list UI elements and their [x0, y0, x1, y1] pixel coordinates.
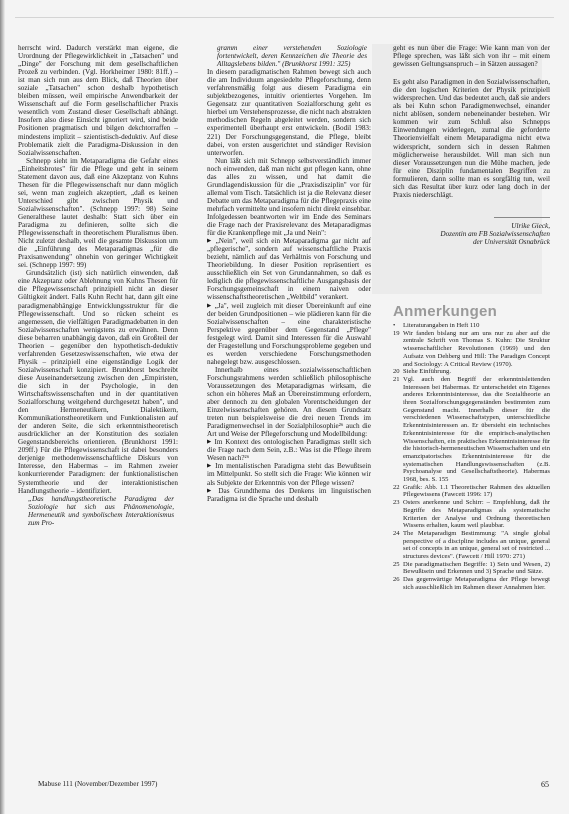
note-item: 26Das gegenwärtige Metaparadigma der Pfl… — [393, 576, 550, 591]
paragraph: Innerhalb eines sozialwissenschaftlichen… — [207, 366, 371, 438]
block-quote: gramm einer verstehenden Soziologie fort… — [207, 44, 371, 68]
author-name: Ulrike Gieck, — [393, 222, 550, 230]
column-3: geht es nun über die Frage: Wie kann man… — [393, 44, 550, 592]
bullet-paragraph: „Ja", weil zugleich mit dieser Übereinku… — [207, 302, 371, 366]
author-affiliation: Dozentin am FB Sozialwissenschaften — [393, 230, 550, 238]
author-signature: Ulrike Gieck, Dozentin am FB Sozialwisse… — [393, 217, 550, 246]
bullet-text: Im mentalistischen Paradigma steht das B… — [207, 462, 371, 486]
paragraph: Grundsätzlich (ist) sich natürlich einwe… — [18, 269, 178, 494]
paragraph: herrscht wird. Dadurch verstärkt man eig… — [18, 44, 178, 157]
bullet-paragraph: Das Grundthema des Denkens im linguistis… — [207, 487, 371, 503]
bullet-text: Das Grundthema des Denkens im linguistis… — [207, 487, 371, 503]
note-item: 20Siehe Einführung. — [393, 368, 550, 376]
bullet-text: Im Kontext des ontologischen Paradigmas … — [207, 438, 371, 462]
arrow-bullet-icon — [207, 237, 216, 245]
bullet-paragraph: Im Kontext des ontologischen Paradigmas … — [207, 438, 371, 462]
author-institution: der Universität Osnabrück — [393, 238, 550, 246]
note-item: 25Die paradigmatischen Begriffe: 1) Sein… — [393, 561, 550, 576]
paragraph: In diesem paradigmatischen Rahmen bewegt… — [207, 68, 371, 157]
note-item: •Literaturangaben in Heft 110 — [393, 322, 550, 330]
document-page: herrscht wird. Dadurch verstärkt man eig… — [18, 44, 550, 744]
page-number: 65 — [541, 780, 549, 789]
arrow-bullet-icon — [207, 487, 218, 495]
column-1: herrscht wird. Dadurch verstärkt man eig… — [18, 44, 178, 527]
block-quote: „Das handlungstheoretische Paradigma der… — [18, 495, 178, 527]
paragraph: Nun läßt sich mit Schnepp selbstverständ… — [207, 157, 371, 237]
top-rule — [15, 17, 554, 18]
bullet-text: „Nein", weil sich ein Metaparadigma gar … — [207, 237, 371, 301]
column-2: gramm einer verstehenden Soziologie fort… — [207, 44, 371, 503]
note-item: 22Grafik: Abb. 1.1 Theoretischer Rahmen … — [393, 484, 550, 499]
arrow-bullet-icon — [207, 462, 215, 470]
paragraph: geht es nun über die Frage: Wie kann man… — [393, 44, 550, 68]
arrow-bullet-icon — [207, 302, 215, 310]
notes-list: •Literaturangaben in Heft 110 19Wir fand… — [393, 322, 550, 592]
bullet-paragraph: Im mentalistischen Paradigma steht das B… — [207, 462, 371, 486]
signature-rule — [494, 217, 550, 218]
note-item: 24The Metaparadigm Bestimmung: "A single… — [393, 530, 550, 561]
paragraph: Schnepp sieht im Metaparadigma die Gefah… — [18, 157, 178, 270]
bullet-text: „Ja", weil zugleich mit dieser Übereinku… — [207, 302, 371, 366]
note-item: 19Wir fanden bislang nur am uns nur zu a… — [393, 330, 550, 369]
journal-citation: Mabuse 111 (November/Dezember 1997) — [38, 780, 157, 788]
notes-heading: Anmerkungen — [393, 304, 550, 320]
scan-binding-edge — [0, 0, 5, 814]
note-item: 21Vgl. auch den Begriff der erkenntnisle… — [393, 376, 550, 484]
bullet-paragraph: „Nein", weil sich ein Metaparadigma gar … — [207, 237, 371, 301]
note-item: 23Osters anerkenne und Schirr: – Empfehl… — [393, 499, 550, 530]
paragraph: Es geht also Paradigmen in den Sozialwis… — [393, 78, 550, 199]
